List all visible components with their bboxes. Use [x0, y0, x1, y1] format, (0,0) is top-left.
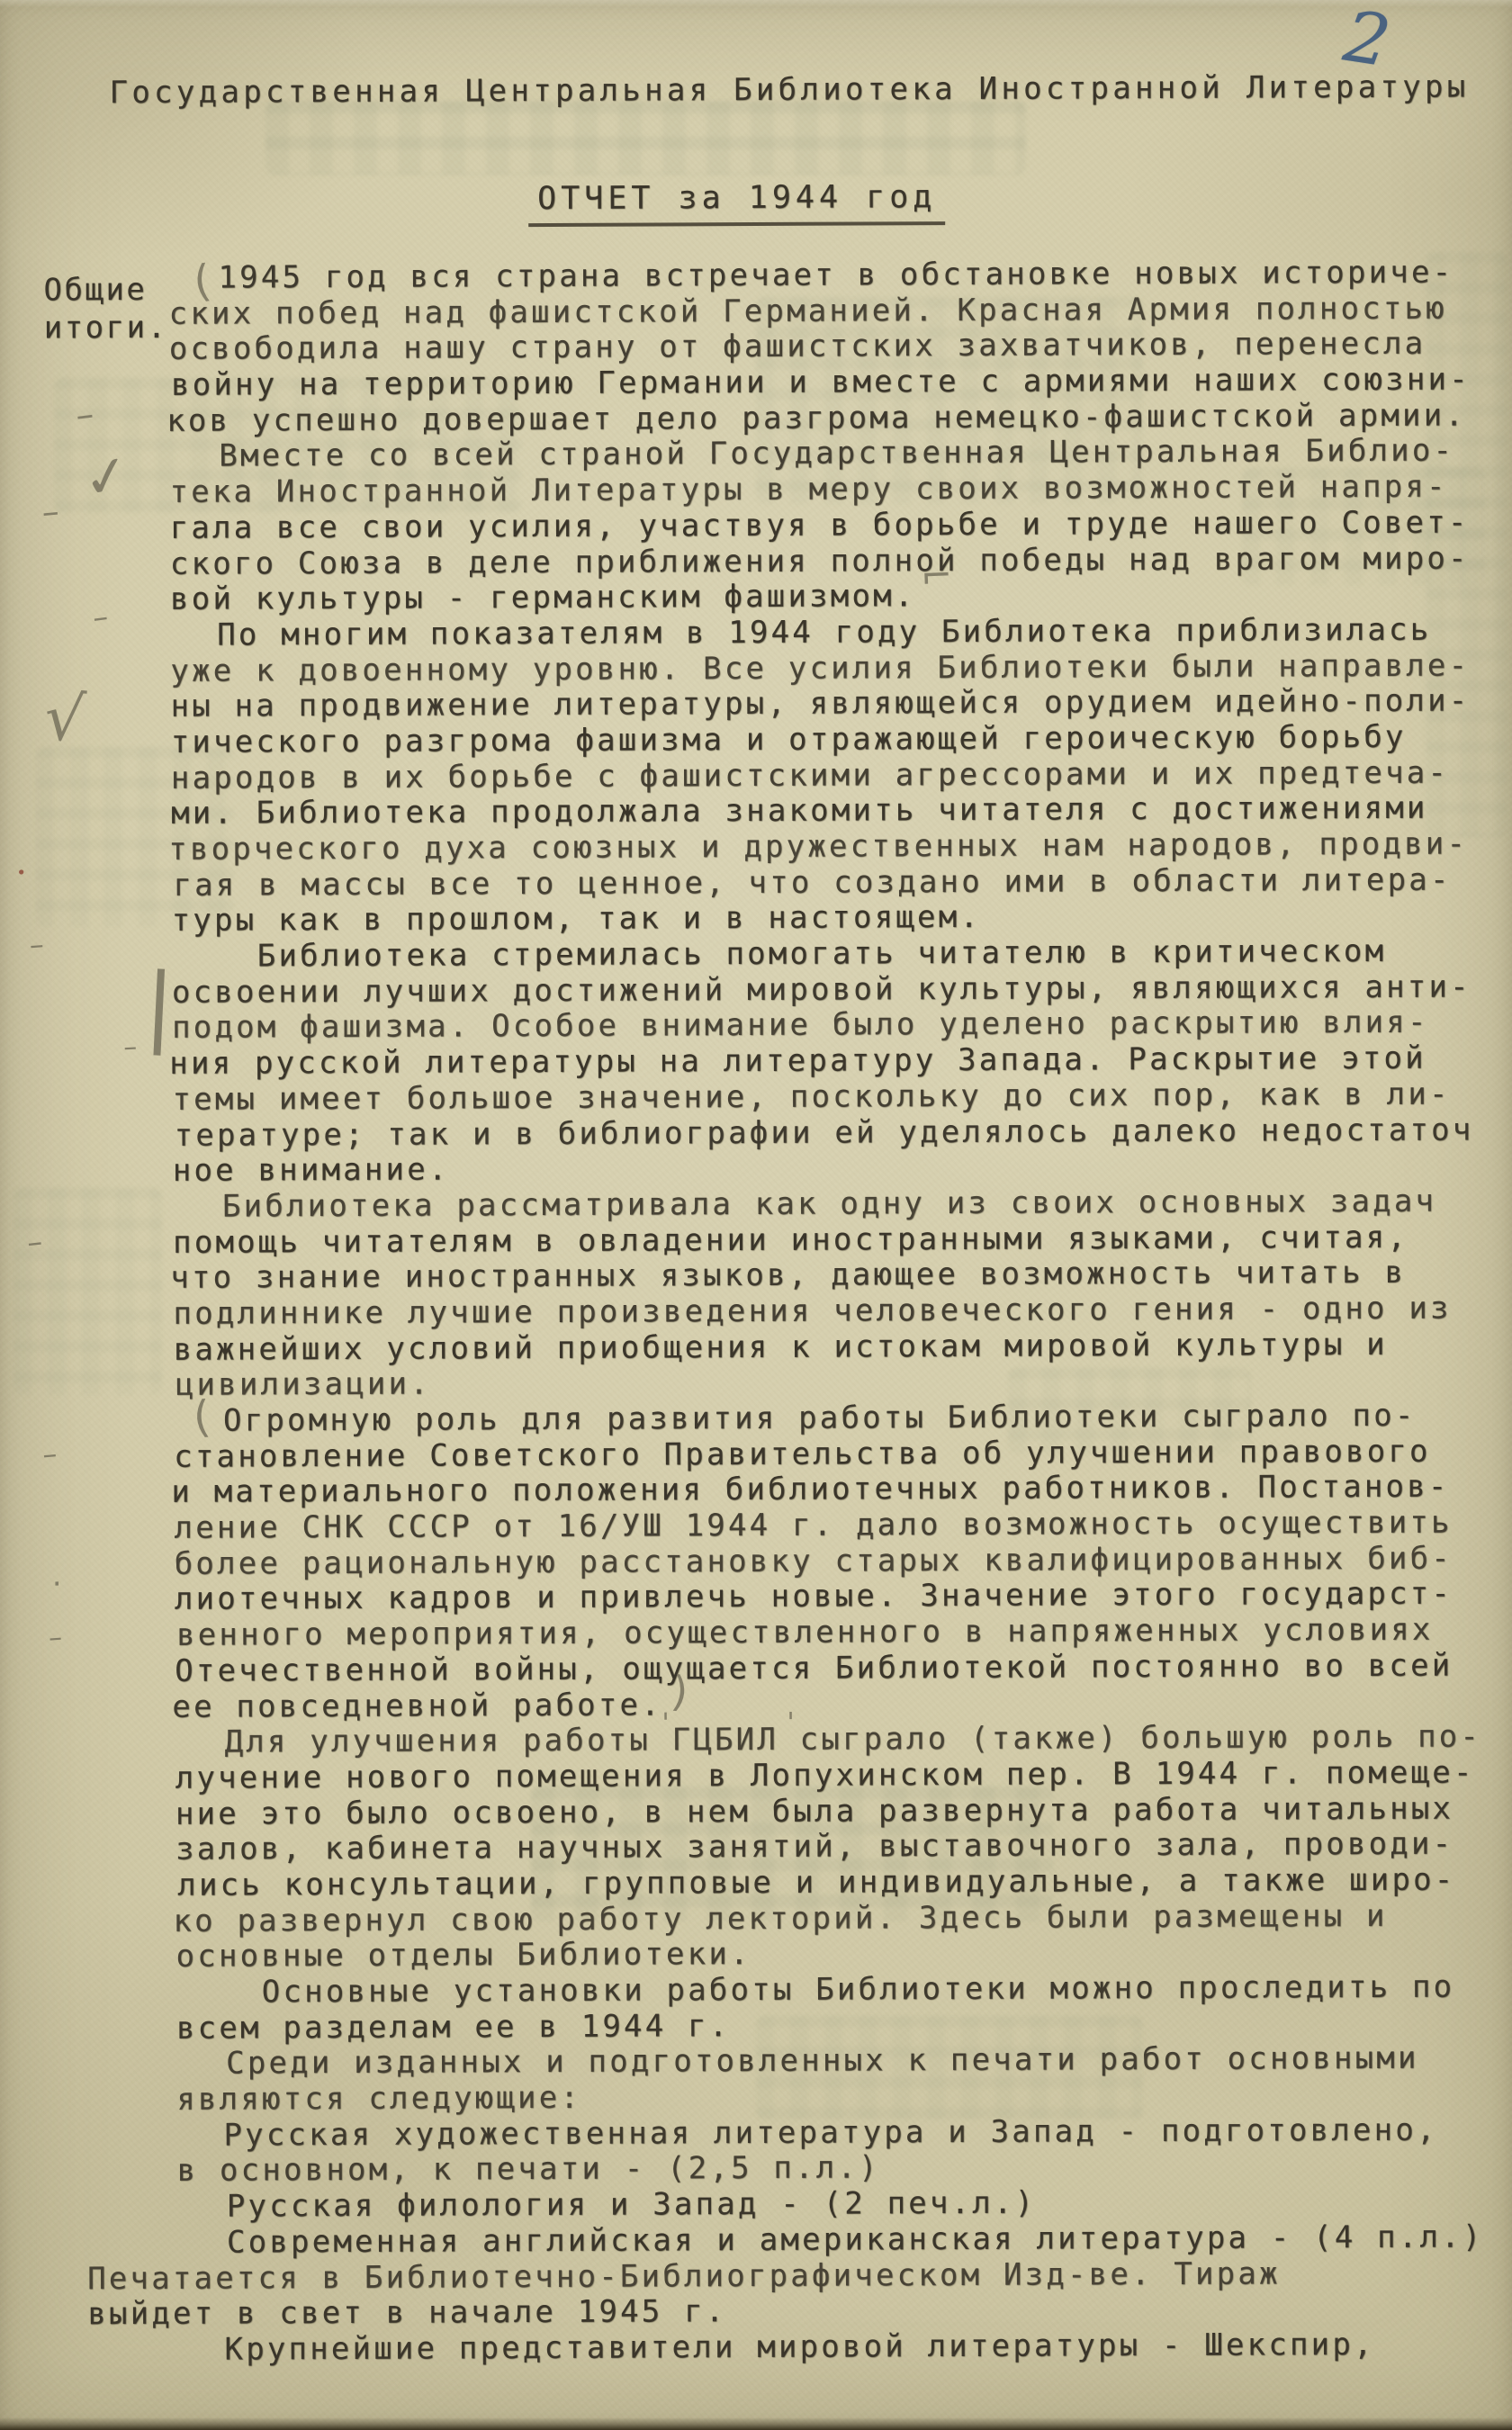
pencil-mark: | [143, 961, 176, 1048]
pencil-mark: ' [787, 1710, 794, 1737]
pencil-mark: ' [661, 1710, 669, 1737]
pencil-mark: · [52, 1569, 62, 1599]
document-page: 2 Государственная Центральная Библиотека… [0, 0, 1512, 2430]
typed-line: ского Союза в деле приближения полной по… [170, 541, 1477, 582]
pencil-mark: – [74, 396, 96, 434]
typed-line: Основные установки работы Библиотеки мож… [176, 1969, 1483, 2011]
typed-line: Крупнейшие представители мировой литерат… [175, 2326, 1481, 2368]
typed-line: ко развернул свою работу лекторий. Здесь… [173, 1898, 1480, 1939]
typed-line: тературе; так и в библиографии ей уделял… [175, 1112, 1481, 1154]
typed-line: подлиннике лучшие произведения человечес… [173, 1291, 1480, 1332]
typed-line: Отечественной войны, ощущается Библиотек… [175, 1648, 1481, 1689]
typed-line: в основном, к печати - (2,5 п.л.) [177, 2148, 1484, 2190]
pencil-mark: – [25, 1227, 44, 1259]
pencil-mark: – [122, 1034, 138, 1062]
pencil-mark: – [29, 930, 45, 959]
pencil-mark: – [41, 1439, 58, 1469]
typed-line: народов в их борьбе с фашистскими агресс… [171, 755, 1478, 796]
typed-line: венного мероприятия, осуществленного в н… [176, 1613, 1483, 1654]
pencil-mark: – [48, 1624, 63, 1652]
margin-note-line: Общие [43, 271, 167, 310]
page-bottom-edge [0, 2417, 1512, 2430]
typed-line: Среди изданных и подготовленных к печати… [176, 2041, 1483, 2083]
typed-line: тека Иностранной Литературы в меру своих… [169, 470, 1476, 511]
pencil-mark: – [40, 494, 60, 530]
margin-note-line: итоги. [44, 309, 168, 347]
page-top-edge [0, 0, 1512, 7]
report-title: ОТЧЕТ за 1944 год [528, 179, 945, 227]
margin-note: Общие итоги. [43, 271, 167, 347]
typed-line: более рациональную расстановку старых кв… [175, 1541, 1481, 1582]
typed-line: Для улучшения работы ГЦБИЛ сыграло (такж… [175, 1720, 1481, 1761]
organization-header: Государственная Центральная Библиотека И… [109, 69, 1469, 112]
typed-line: ны на продвижение литературы, являющейся… [170, 684, 1477, 725]
pencil-mark: ( [192, 1395, 211, 1439]
pencil-mark: ✓ [78, 445, 134, 508]
typed-line: Библиотека рассматривала как одну из сво… [173, 1183, 1480, 1225]
typed-line: Печатается в Библиотечно-Библиографическ… [87, 2255, 1484, 2297]
typed-line: Современная английская и американская ли… [177, 2219, 1484, 2261]
typed-line: Русская художественная литература и Запа… [174, 2112, 1480, 2154]
pencil-mark: • [16, 866, 26, 882]
pencil-mark: – [91, 601, 110, 634]
typed-lines: 1945 год вся страна встречает в обстанов… [168, 256, 1484, 2369]
pencil-mark: √ [42, 686, 87, 751]
typed-line: важнейших условий приобщения к истокам м… [174, 1327, 1480, 1368]
pencil-mark: ⌐ [920, 556, 953, 595]
typed-line: гая в массы все то ценное, что создано и… [173, 862, 1480, 904]
typed-line: Огромную роль для развития работы Библио… [174, 1398, 1480, 1439]
typed-line: гала все свои усилия, участвуя в борьбе … [170, 505, 1477, 546]
